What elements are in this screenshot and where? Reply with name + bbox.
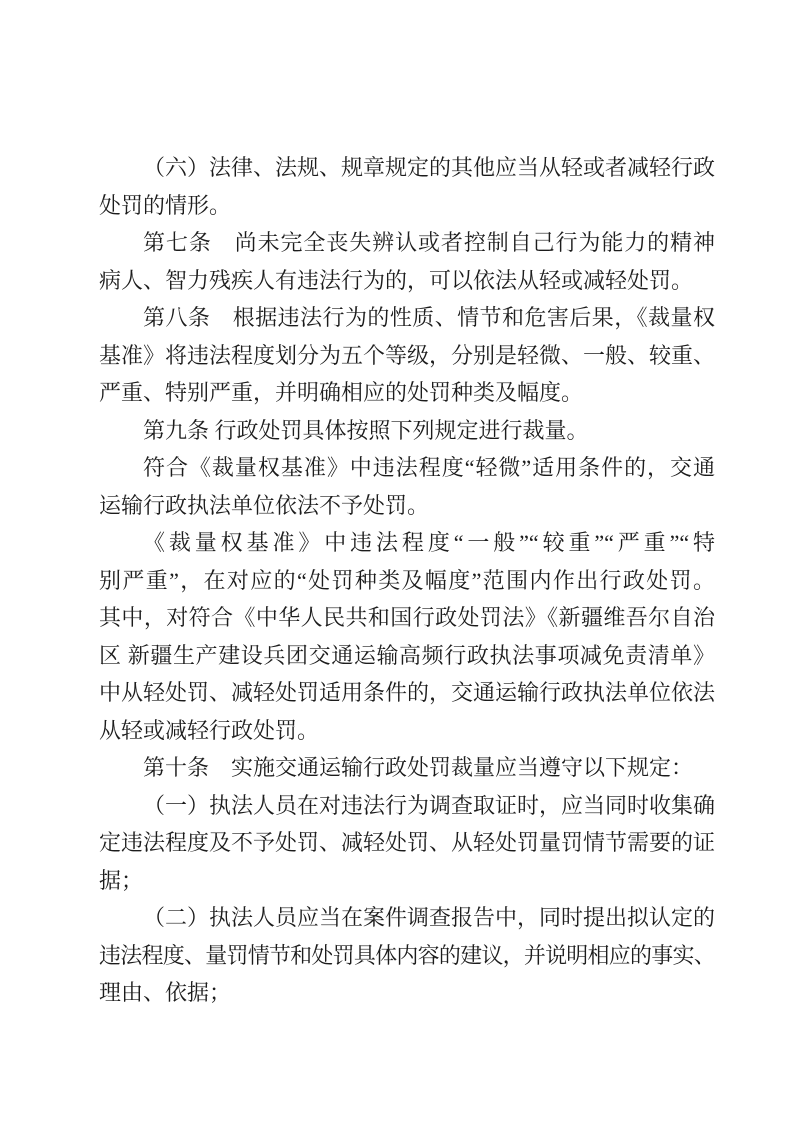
- text-line: 严重、特别严重，并明确相应的处罚种类及幅度。: [99, 374, 715, 412]
- text-line: 第十条 实施交通运输行政处罚裁量应当遵守以下规定：: [99, 749, 715, 787]
- text-line: 第八条 根据违法行为的性质、情节和危害后果，《裁量权: [99, 299, 715, 337]
- text-line: 第九条 行政处罚具体按照下列规定进行裁量。: [99, 412, 715, 450]
- text-line: 处罚的情形。: [99, 187, 715, 225]
- text-line: （一）执法人员在对违法行为调查取证时，应当同时收集确: [99, 787, 715, 825]
- text-line: 定违法程度及不予处罚、减轻处罚、从轻处罚量罚情节需要的证: [99, 824, 715, 862]
- document-text-block: （六）法律、法规、规章规定的其他应当从轻或者减轻行政处罚的情形。第七条 尚未完全…: [99, 149, 715, 1012]
- text-line: 违法程度、量罚情节和处罚具体内容的建议，并说明相应的事实、: [99, 937, 715, 975]
- text-line: 区 新疆生产建设兵团交通运输高频行政执法事项减免责清单》: [99, 637, 715, 675]
- text-line: 运输行政执法单位依法不予处罚。: [99, 487, 715, 525]
- text-line: 中从轻处罚、减轻处罚适用条件的，交通运输行政执法单位依法: [99, 674, 715, 712]
- text-line: 从轻或减轻行政处罚。: [99, 712, 715, 750]
- text-line: 病人、智力残疾人有违法行为的，可以依法从轻或减轻处罚。: [99, 262, 715, 300]
- text-line: 其中，对符合《中华人民共和国行政处罚法》《新疆维吾尔自治: [99, 599, 715, 637]
- text-line: 基准》将违法程度划分为五个等级，分别是轻微、一般、较重、: [99, 337, 715, 375]
- text-line: （二）执法人员应当在案件调查报告中，同时提出拟认定的: [99, 899, 715, 937]
- text-line: 别严重”，在对应的“处罚种类及幅度”范围内作出行政处罚。: [99, 562, 715, 600]
- text-line: 第七条 尚未完全丧失辨认或者控制自己行为能力的精神: [99, 224, 715, 262]
- text-line: （六）法律、法规、规章规定的其他应当从轻或者减轻行政: [99, 149, 715, 187]
- text-line: 理由、依据；: [99, 974, 715, 1012]
- text-line: 《裁量权基准》中违法程度“一般”“较重”“严重”“特: [99, 524, 715, 562]
- text-line: 据；: [99, 862, 715, 900]
- document-page: （六）法律、法规、规章规定的其他应当从轻或者减轻行政处罚的情形。第七条 尚未完全…: [0, 0, 793, 1122]
- text-line: 符合《裁量权基准》中违法程度“轻微”适用条件的，交通: [99, 449, 715, 487]
